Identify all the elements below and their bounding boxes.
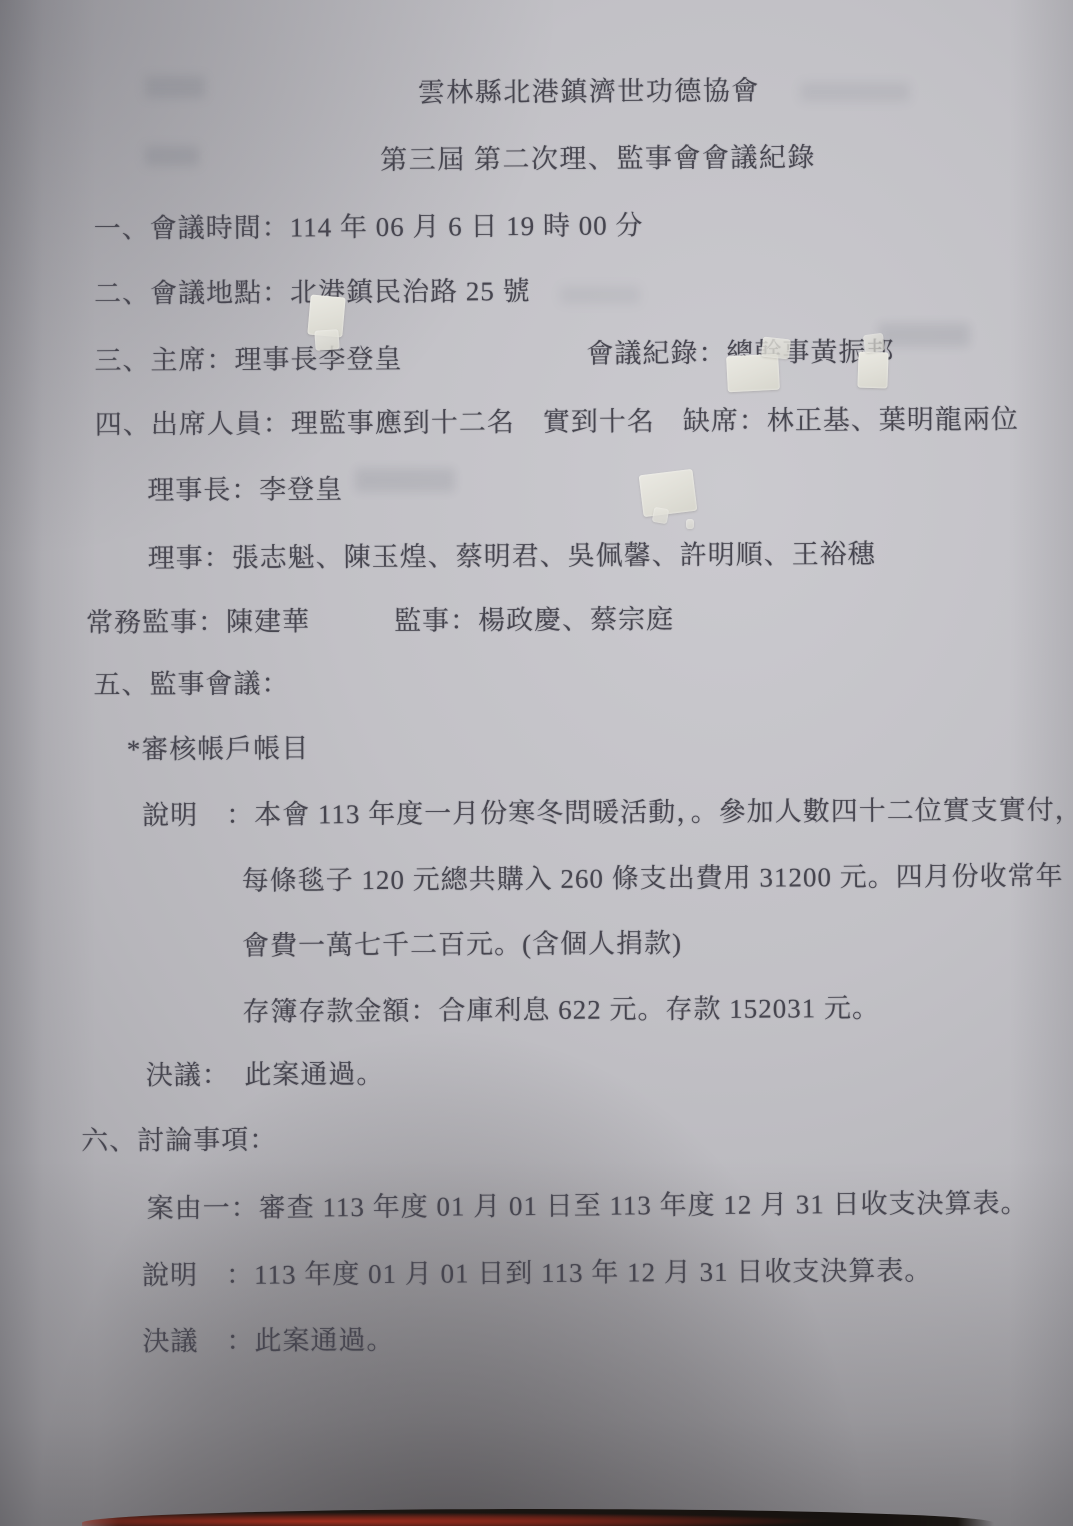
meeting-time-line: 一、會議時間：114 年 06 月 6 日 19 時 00 分: [94, 203, 644, 245]
correction-tape-mark: [314, 329, 339, 351]
section6-heading: 六、討論事項：: [81, 1118, 277, 1158]
audit-description-line-4: 存簿存款金額：合庫利息 622 元。存款 152031 元。: [242, 986, 880, 1029]
case1-line: 案由一：審查 113 年度 01 月 01 日至 113 年度 12 月 31 …: [147, 1181, 1029, 1225]
attendance-line: 四、出席人員：理監事應到十二名 實到十名 缺席：林正基、葉明龍兩位: [95, 397, 1019, 442]
correction-tape-mark: [857, 351, 888, 388]
audit-resolution-line: 決議： 此案通過。: [146, 1052, 385, 1092]
org-title: 雲林縣北港鎮濟世功德協會: [418, 69, 760, 110]
chairman-line: 三、主席：理事長李登皇: [94, 337, 402, 378]
case1-resolution-line: 決議 ：此案通過。: [142, 1318, 394, 1359]
document-photo: 雲林縣北港鎮濟世功德協會 第三屆 第二次理、監事會會議紀錄 一、會議時間：114…: [0, 0, 1073, 1526]
audit-item-line: *審核帳戶帳目: [127, 726, 310, 766]
correction-tape-mark: [652, 507, 669, 524]
correction-tape-mark: [761, 337, 791, 360]
correction-tape-mark: [863, 333, 885, 354]
supervisors-line: 常務監事：陳建華 監事：楊政慶、蔡宗庭: [86, 597, 674, 640]
document-text: 雲林縣北港鎮濟世功德協會 第三屆 第二次理、監事會會議紀錄 一、會議時間：114…: [0, 0, 1073, 1526]
correction-tape-mark: [686, 519, 694, 529]
audit-description-line-3: 會費一萬七千二百元。(含個人捐款): [242, 921, 682, 963]
audit-description-line-2: 每條毯子 120 元總共購入 260 條支出費用 31200 元。四月份收常年: [242, 854, 1064, 898]
case1-description-line: 說明 ：113 年度 01 月 01 日到 113 年 12 月 31 日收支決…: [142, 1249, 932, 1293]
meeting-title: 第三屆 第二次理、監事會會議紀錄: [380, 135, 816, 177]
directors-line: 理事：張志魁、陳玉煌、蔡明君、吳佩馨、許明順、王裕穗: [148, 532, 876, 575]
audit-description-line-1: 說明 ：本會 113 年度一月份寒冬問暖活動，。參加人數四十二位實支實付，: [142, 788, 1073, 833]
section5-heading: 五、監事會議：: [93, 662, 289, 702]
correction-tape-mark: [726, 354, 780, 393]
chairman-name-line: 理事長：李登皇: [147, 467, 343, 507]
